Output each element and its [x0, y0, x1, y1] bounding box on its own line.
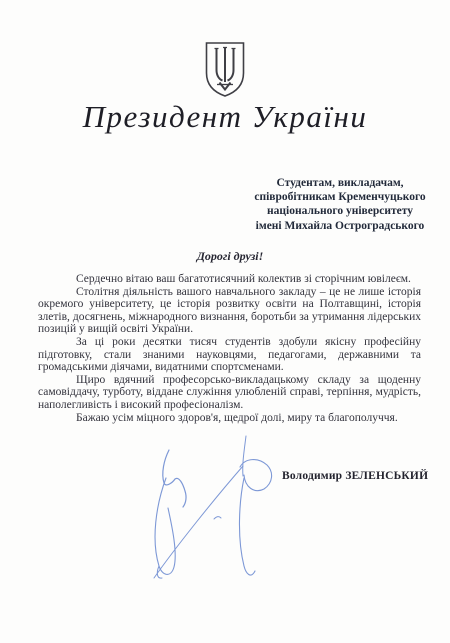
signer-name: Володимир ЗЕЛЕНСЬКИЙ	[282, 470, 428, 482]
coat-of-arms-icon	[204, 41, 246, 98]
paragraph: За ці роки десятки тисяч студентів здобу…	[38, 336, 421, 374]
addressee-line: імені Михайла Остроградського	[240, 219, 440, 233]
paragraph: Щиро вдячний професорсько-викладацькому …	[38, 374, 421, 412]
addressee-line: національного університету	[240, 204, 440, 218]
addressee-line: співробітникам Кременчуцького	[240, 190, 440, 204]
salutation: Дорогі друзі!	[38, 249, 422, 264]
paragraph: Столітня діяльність вашого навчального з…	[38, 286, 421, 336]
letter-body: Сердечно вітаю ваш багатотисячний колект…	[38, 273, 421, 424]
addressee-block: Студентам, викладачам, співробітникам Кр…	[240, 176, 440, 233]
letter-page: Президент України Студентам, викладачам,…	[0, 0, 450, 643]
letterhead-title: Президент України	[0, 99, 450, 135]
signature-handwritten-icon	[133, 430, 295, 582]
paragraph: Сердечно вітаю ваш багатотисячний колект…	[38, 273, 421, 286]
paragraph: Бажаю усім міцного здоров'я, щедрої долі…	[38, 412, 421, 425]
addressee-line: Студентам, викладачам,	[240, 176, 440, 190]
